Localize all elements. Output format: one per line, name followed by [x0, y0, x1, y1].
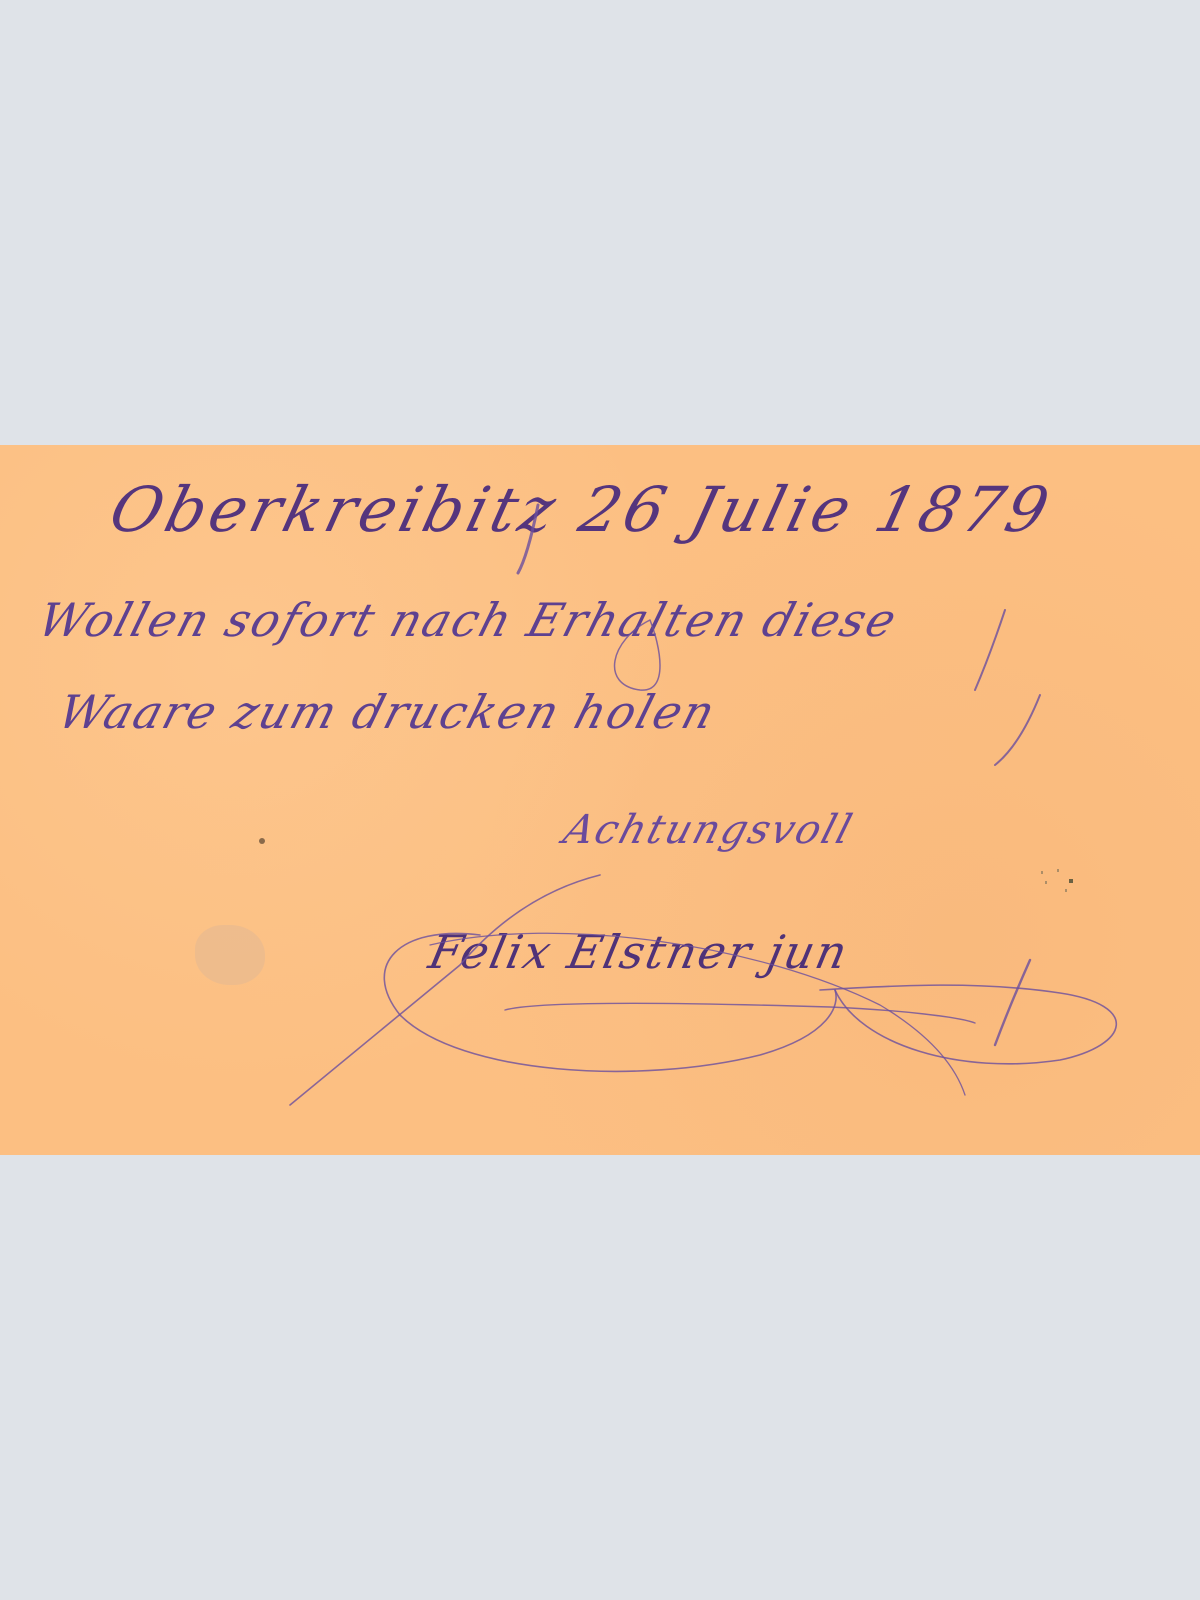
message-line-2: Waare zum drucken holen — [52, 685, 723, 739]
paper-specks — [1035, 865, 1095, 905]
closing-salutation: Achtungsvoll — [558, 807, 858, 853]
faded-stamp-smudge — [195, 925, 265, 985]
signature-flourish-icon — [0, 445, 1200, 1155]
postcard-paper: Oberkreibitz 26 Julie 1879 Wollen sofort… — [0, 445, 1200, 1155]
message-line-1: Wollen sofort nach Erhalten diese — [32, 593, 904, 647]
signature: Felix Elstner jun — [424, 925, 853, 979]
ink-dot — [259, 838, 265, 844]
date-heading: Oberkreibitz 26 Julie 1879 — [103, 473, 1060, 546]
